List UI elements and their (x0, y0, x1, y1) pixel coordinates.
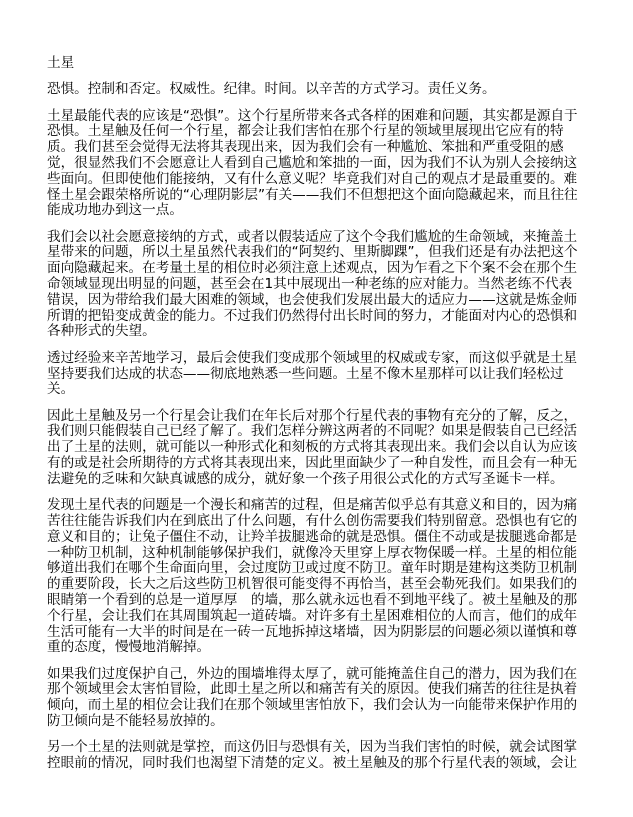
text-line: 出了土星的法则，就可能以一种形式化和刻板的方式将其表现出来。我们会以自认为应该 (47, 440, 599, 456)
paragraph: 我们会以社会愿意接纳的方式，或者以假装适应了这个令我们尴尬的生命领域，来掩盖土星… (47, 230, 599, 341)
text-line: 我们则只能假装自己已经了解了。我们怎样分辨这两者的不同呢？如果是假装自己已经活 (47, 424, 599, 440)
text-line: 发现土星代表的问题是一个漫长和痛苦的过程，但是痛苦似乎总有其意义和目的，因为痛 (47, 498, 599, 514)
text-line: 能成功地办到这一点。 (47, 203, 599, 219)
text-line: 坚持要我们达成的状态——彻底地熟悉一些问题。土星不像木星那样可以让我们轻松过 (47, 367, 599, 383)
text-line: 那个领域里会太害怕冒险，此即土星之所以和痛苦有关的原因。使我们痛苦的往往是执着 (47, 682, 599, 698)
text-line: 控眼前的情况，同时我们也渴望下清楚的定义。被土星触及的那个行星代表的领域，会让 (47, 756, 599, 772)
text-line: 防卫倾向是不能轻易放掉的。 (47, 714, 599, 730)
paragraph: 另一个土星的法则就是掌控，而这仍旧与恐惧有关，因为当我们害怕的时候，就会试图掌控… (47, 740, 599, 772)
paragraph: 恐惧。控制和否定。权威性。纪律。时间。以辛苦的方式学习。责任义务。 (47, 82, 599, 98)
text-line: 苦往往能告诉我们内在到底出了什么问题，有什么创伤需要我们特别留意。恐惧也有它的 (47, 514, 599, 530)
paragraph: 透过经验来辛苦地学习，最后会使我们变成那个领域里的权威或专家，而这似乎就是土星坚… (47, 351, 599, 398)
text-line: 怪土星会跟荣格所说的“心理阴影层”有关——我们不但想把这个面向隐藏起来，而且往往 (47, 188, 599, 204)
text-line: 觉，很显然我们不会愿意让人看到自己尴尬和笨拙的一面，因为我们不认为别人会接纳这 (47, 156, 599, 172)
text-line: 眼睛第一个看到的总是一道厚厚 的墙，那么就永远也看不到地平线了。被土星触及的那 (47, 593, 599, 609)
paragraph: 土星最能代表的应该是“恐惧”。这个行星所带来各式各样的困难和问题，其实都是源自于… (47, 109, 599, 220)
document-page: 土星 恐惧。控制和否定。权威性。纪律。时间。以辛苦的方式学习。责任义务。土星最能… (47, 56, 599, 782)
text-line: 够道出我们在哪个生命面向里，会过度防卫或过度不防卫。童年时期是建构这类防卫机制 (47, 561, 599, 577)
text-line: 另一个土星的法则就是掌控，而这仍旧与恐惧有关，因为当我们害怕的时候，就会试图掌 (47, 740, 599, 756)
text-line: 个行星，会让我们在其周围筑起一道砖墙。对许多有土星困难相位的人而言，他们的成年 (47, 609, 599, 625)
page-title: 土星 (47, 56, 599, 72)
document-body: 恐惧。控制和否定。权威性。纪律。时间。以辛苦的方式学习。责任义务。土星最能代表的… (47, 82, 599, 772)
text-line: 生活可能有一大半的时间是在一砖一瓦地拆掉这堵墙，因为阴影层的问题必须以谨慎和尊 (47, 625, 599, 641)
text-line: 有的或是社会所期待的方式将其表现出来，因此里面缺少了一种自发性，而且会有一种无 (47, 456, 599, 472)
text-line: 错误，因为带给我们最大困难的领域，也会使我们发展出最大的适应力——这就是炼金师 (47, 293, 599, 309)
text-line: 法避免的乏味和欠缺真诚感的成分，就好象一个孩子用很公式化的方式写圣诞卡一样。 (47, 472, 599, 488)
text-line: 一种防卫机制，这种机制能够保护我们，就像冷天里穿上厚衣物保暖一样。土星的相位能 (47, 546, 599, 562)
text-line: 意义和目的；让兔子僵住不动，让羚羊拔腿逃命的就是恐惧。僵住不动或是拔腿逃命都是 (47, 530, 599, 546)
text-line: 些面向。但即使他们能接纳，又有什么意义呢？毕竟我们对自己的观点才是最重要的。难 (47, 172, 599, 188)
text-line: 恐惧。土星触及任何一个行星，都会让我们害怕在那个行星的领域里展现出它应有的特 (47, 124, 599, 140)
text-line: 关。 (47, 382, 599, 398)
text-line: 命领域显现出明显的问题，甚至会在1其中展现出一种老练的应对能力。当然老练不代表 (47, 277, 599, 293)
text-line: 质。我们甚至会觉得无法将其表现出来，因为我们会有一种尴尬、笨拙和严重受阻的感 (47, 140, 599, 156)
text-line: 透过经验来辛苦地学习，最后会使我们变成那个领域里的权威或专家，而这似乎就是土星 (47, 351, 599, 367)
text-line: 各种形式的失望。 (47, 324, 599, 340)
text-line: 恐惧。控制和否定。权威性。纪律。时间。以辛苦的方式学习。责任义务。 (47, 82, 599, 98)
text-line: 星带来的问题，所以土星虽然代表我们的“阿契约、里斯脚踝”，但我们还是有办法把这个 (47, 245, 599, 261)
paragraph: 发现土星代表的问题是一个漫长和痛苦的过程，但是痛苦似乎总有其意义和目的，因为痛苦… (47, 498, 599, 656)
text-line: 重的态度，慢慢地消解掉。 (47, 640, 599, 656)
text-line: 面向隐藏起来。在考量土星的相位时必须注意上述观点，因为乍看之下个案不会在那个生 (47, 261, 599, 277)
text-line: 倾向，而土星的相位会让我们在那个领域里害怕放下，我们会认为一向能带来保护作用的 (47, 698, 599, 714)
paragraph: 因此土星触及另一个行星会让我们在年长后对那个行星代表的事物有充分的了解，反之，我… (47, 409, 599, 488)
paragraph: 如果我们过度保护自己，外边的围墙堆得太厚了，就可能掩盖住自己的潜力，因为我们在那… (47, 667, 599, 730)
text-line: 的重要阶段，长大之后这些防卫机智很可能变得不再恰当，甚至会勒死我们。如果我们的 (47, 577, 599, 593)
